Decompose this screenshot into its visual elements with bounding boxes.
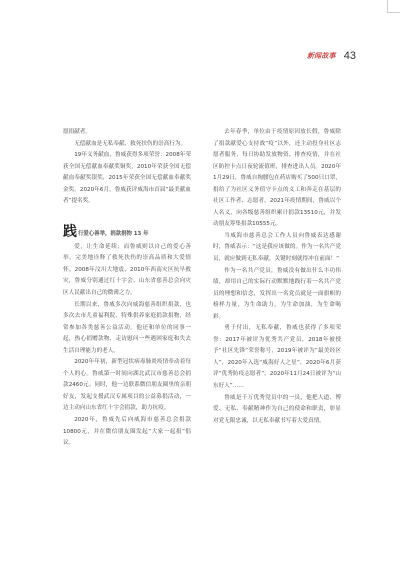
paragraph: 长期以来，鲁威多次向威海慈善组织捐款，也多次去市儿童福利院、特殊供养家庭捐款捐物… [63,300,191,358]
paragraph: 当威海市慈善总会工作人员向鲁威表达感谢时，鲁威表示：“这是我应该做的。作为一名共… [213,231,341,266]
paragraph: 鲁威是千万优秀党员中的一员，他把人道、博爱、无私、奉献精神作为自己的使命和职责，… [213,393,341,428]
paragraph: 2020年，鲁威先后向威海市慈善总会捐款10800元，并在微信朋友圈发起“大家一… [63,415,191,450]
right-column: 去年春季，单位由于疫情原因放长假，鲁威除了捐款献爱心支持战“疫”以外，还主动投身… [213,127,341,427]
page-number: 43 [344,50,356,62]
left-column: 愿捐献者。 无偿献血是无私奉献、救死扶伤的崇高行为。 19年义务献血，鲁威获得多… [63,127,191,450]
subheading-initial: 践 [63,225,77,239]
page-header: 新闻故事 43 [307,50,356,62]
paragraph: 无偿献血是无私奉献、救死扶伤的崇高行为。 [63,139,191,151]
paragraph: 勇于付出，无私奉献，鲁威也获得了多项荣誉：2017年被评为优秀共产党员，2018… [213,323,341,392]
paragraph: 2020年年初，新型冠状病毒肺炎疫情牵动着每个人的心。鲁威第一时间向湖北武汉市慈… [63,357,191,415]
section-subheading: 践 行爱心善举，捐款捐物 13 年 [63,223,191,239]
section-name: 新闻故事 [307,51,336,61]
paragraph: 愿捐献者。 [63,127,191,139]
page-corner-mark [387,0,400,13]
paragraph: 19年义务献血，鲁威获得多项荣誉：2008年荣获全国无偿献血奉献奖铜奖，2010… [63,150,191,208]
paragraph: 去年春季，单位由于疫情原因放长假，鲁威除了捐款献爱心支持战“疫”以外，还主动投身… [213,127,341,231]
subheading-text: 行爱心善举，捐款捐物 13 年 [78,230,149,239]
paragraph: 作为一名共产党员，鲁威没有做出什么丰功伟绩，却用自己的实际行动默默地践行着一名共… [213,266,341,324]
paragraph: 爱，让生命延续；而鲁威则以自己的爱心善举，完美地诠释了救死扶伤的崇高品质和大爱情… [63,242,191,300]
